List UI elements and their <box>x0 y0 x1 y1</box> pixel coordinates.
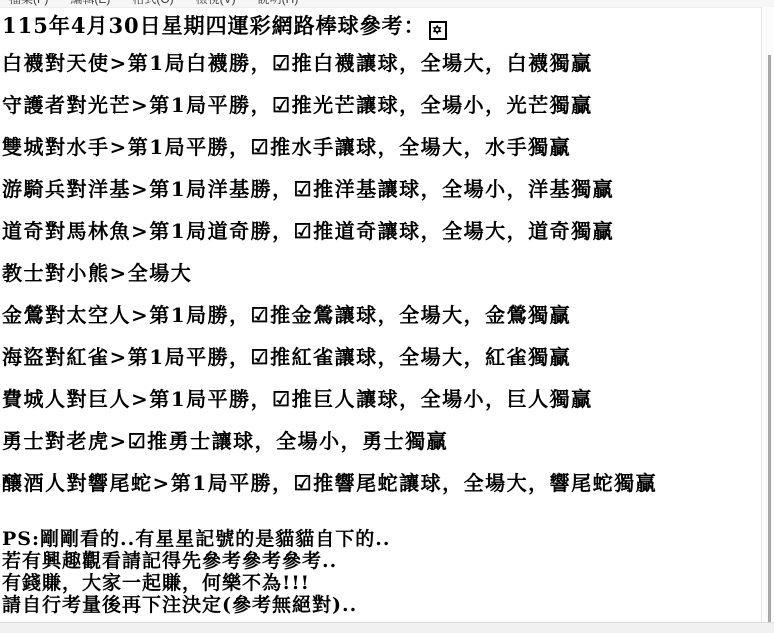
ps-line-3: 有錢賺，大家一起賺，何樂不為!!! <box>2 572 762 594</box>
document-area[interactable]: 115年4月30日星期四運彩網路棒球參考：✡ 白襪對天使>第1局白襪勝，☑推白襪… <box>0 7 762 616</box>
match-line-phillies-giants: 費城人對巨人>第1局平勝，☑推巨人讓球，全場小，巨人獨贏 <box>2 383 762 425</box>
ps-line-2: 若有興趣觀看請記得先參考參考參考.. <box>2 550 762 572</box>
ps-line-1: PS:剛剛看的..有星星記號的是貓貓自下的.. <box>2 528 762 550</box>
menu-item-view[interactable]: 檢視(V) <box>196 0 236 7</box>
menu-item-edit[interactable]: 編輯(E) <box>70 0 110 7</box>
title-text: 115年4月30日星期四運彩網路棒球參考： <box>2 13 426 38</box>
match-line-orioles-astros: 金鶯對太空人>第1局勝，☑推金鶯讓球，全場大，金鶯獨贏 <box>2 299 762 341</box>
document-title: 115年4月30日星期四運彩網路棒球參考：✡ <box>2 10 762 47</box>
status-bar <box>0 622 774 633</box>
menu-item-help[interactable]: 說明(H) <box>258 0 299 7</box>
menu-item-format[interactable]: 格式(O) <box>132 0 173 7</box>
menu-item-file[interactable]: 檔案(F) <box>9 0 48 7</box>
match-line-pirates-cardinals: 海盜對紅雀>第1局平勝，☑推紅雀讓球，全場大，紅雀獨贏 <box>2 341 762 383</box>
ps-line-4: 請自行考量後再下注決定(參考無絕對).. <box>2 594 762 616</box>
match-line-braves-tigers: 勇士對老虎>☑推勇士讓球，全場小，勇士獨贏 <box>2 425 762 467</box>
match-line-guardians-rays: 守護者對光芒>第1局平勝，☑推光芒讓球，全場小，光芒獨贏 <box>2 89 762 131</box>
scrollbar-thumb[interactable] <box>768 55 771 622</box>
app-window: 檔案(F) 編輯(E) 格式(O) 檢視(V) 說明(H) 115年4月30日星… <box>0 0 774 633</box>
match-line-twins-mariners: 雙城對水手>第1局平勝，☑推水手讓球，全場大，水手獨贏 <box>2 131 762 173</box>
match-line-brewers-dbacks: 釀酒人對響尾蛇>第1局平勝，☑推響尾蛇讓球，全場大，響尾蛇獨贏 <box>2 467 762 509</box>
boxed-star-icon: ✡ <box>429 21 447 40</box>
match-line-rangers-yankees: 游騎兵對洋基>第1局洋基勝，☑推洋基讓球，全場小，洋基獨贏 <box>2 173 762 215</box>
match-line-dodgers-marlins: 道奇對馬林魚>第1局道奇勝，☑推道奇讓球，全場大，道奇獨贏 <box>2 215 762 257</box>
match-line-whitesox-angels: 白襪對天使>第1局白襪勝，☑推白襪讓球，全場大，白襪獨贏 <box>2 47 762 89</box>
vertical-scrollbar[interactable] <box>761 7 774 622</box>
ps-note-block: PS:剛剛看的..有星星記號的是貓貓自下的.. 若有興趣觀看請記得先參考參考參考… <box>0 528 762 616</box>
match-line-padres-cubs: 教士對小熊>全場大 <box>2 257 762 299</box>
